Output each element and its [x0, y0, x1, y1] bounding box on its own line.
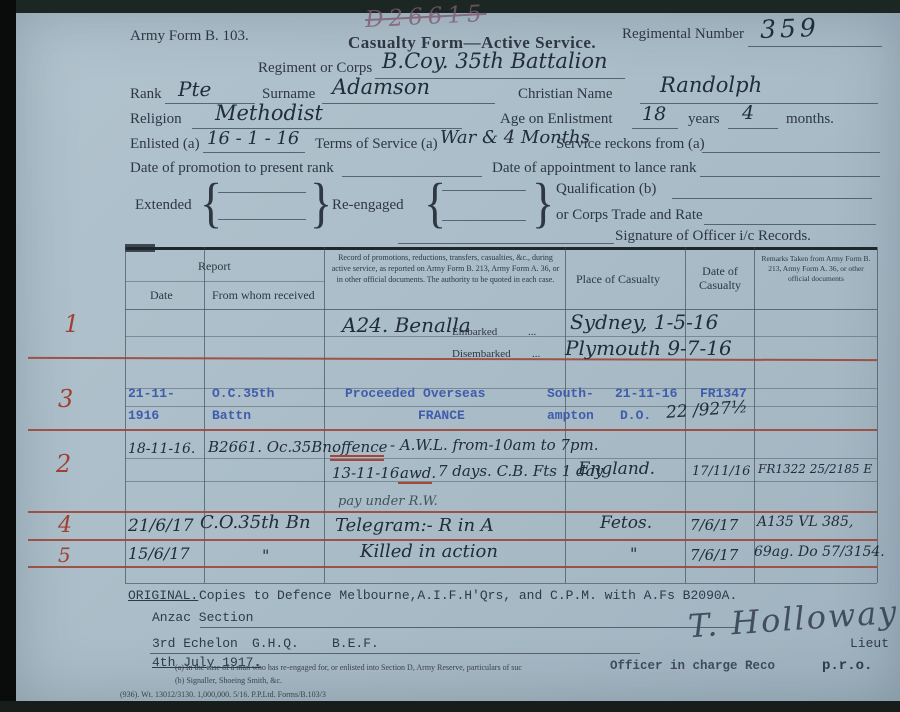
body-rule [125, 336, 877, 337]
print-code: (936). Wt. 13012/3130. 1,000,000. 5/16. … [120, 690, 326, 699]
lance-rank-label: Date of appointment to lance rank [492, 160, 697, 177]
table-vline [324, 247, 325, 583]
red-line [28, 566, 877, 568]
extended-line-top [218, 192, 306, 193]
row5-remarks: 69ag. Do 57/3154. [754, 544, 885, 560]
footnote-b: (b) Signaller, Shoeing Smith, &c. [175, 676, 282, 685]
reengaged-line-top [442, 190, 526, 191]
place-of-casualty-header: Place of Casualty [576, 272, 660, 287]
regimental-number-value: 359 [760, 13, 821, 44]
table-vline [125, 247, 126, 583]
row3-record-1a: offence [332, 438, 387, 456]
ghq-label: G.H.Q. [252, 636, 299, 651]
row4-from: C.O.35th Bn [200, 512, 311, 533]
echelon-line [150, 653, 640, 654]
christian-name-label: Christian Name [518, 86, 613, 103]
regiment-value: B.Coy. 35th Battalion [382, 49, 608, 73]
row1-disembarked-dots: ... [532, 348, 540, 360]
remarks-header: Remarks Taken from Army Form B. 213, Arm… [757, 254, 875, 284]
extended-brace-open: { [200, 171, 222, 235]
row3-record-1b: - A.W.L. from-10am to 7pm. [390, 436, 599, 454]
row2-casualty-date-1: 21-11-16 [615, 386, 677, 401]
row3-date-1: 18-11-16. [128, 441, 195, 457]
date-of-casualty-header: Date of Casualty [692, 264, 748, 293]
row5-place-ditto: " [630, 544, 637, 563]
echelon-label: 3rd Echelon [152, 636, 238, 651]
age-years-line [632, 128, 678, 129]
margin-number: 5 [58, 543, 71, 567]
regimental-number-label: Regimental Number [622, 26, 744, 43]
row1-embarked-dots: ... [528, 326, 536, 338]
table-vline [754, 247, 755, 583]
row3-casualty-date-2: 17/11/16 [692, 464, 750, 479]
row2-place-1: South- [547, 386, 594, 401]
row3-record-2b: awd. [400, 464, 436, 482]
qualification-label: Qualification (b) [556, 181, 656, 198]
table-vline [877, 247, 878, 583]
age-years-value: 18 [642, 103, 666, 125]
rank-value: Pte [178, 77, 211, 101]
row5-casualty-date: 7/6/17 [690, 546, 738, 564]
red-underline-offence [330, 459, 384, 461]
age-on-enlistment-label: Age on Enlistment [500, 111, 613, 128]
original-word: ORIGINAL. [128, 588, 198, 603]
body-rule [125, 481, 877, 482]
extended-line-bottom [218, 219, 306, 220]
regimental-number-line [748, 46, 882, 47]
enlisted-line [203, 152, 305, 153]
months-label: months. [786, 111, 834, 128]
corps-trade-label: or Corps Trade and Rate [556, 207, 703, 224]
years-label: years [688, 111, 720, 128]
row2-from-2: Battn [212, 408, 251, 423]
red-line [28, 429, 877, 431]
row4-record: Telegram:- R in A [335, 515, 494, 536]
row5-from-ditto: " [262, 546, 269, 565]
row4-date: 21/6/17 [128, 516, 194, 536]
rank-label: Rank [130, 86, 162, 103]
religion-value: Methodist [215, 101, 323, 125]
enlisted-label: Enlisted (a) [130, 136, 200, 153]
anzac-section: Anzac Section [152, 610, 253, 625]
surname-line [322, 103, 495, 104]
bef-label: B.E.F. [332, 636, 379, 651]
terms-of-service-label: Terms of Service (a) [315, 136, 438, 153]
row3-record-2a: 13-11-16. [332, 464, 404, 482]
margin-number: 4 [58, 513, 72, 538]
reengaged-brace-open: { [424, 171, 446, 235]
anzac-line [200, 627, 737, 628]
date-header: Date [150, 288, 173, 303]
header-bottom-rule [125, 309, 877, 310]
row2-record-2: FRANCE [418, 408, 465, 423]
red-underline-offence [330, 455, 384, 457]
margin-number: 2 [56, 450, 71, 478]
footnote-a: (a) In the case of a man who has re-enga… [175, 663, 522, 672]
row2-casualty-date-2: D.O. [620, 408, 651, 423]
extended-label: Extended [135, 197, 192, 214]
reengaged-brace-close: } [532, 171, 554, 235]
body-rule [125, 583, 877, 584]
service-reckons-label: Service reckons from (a) [556, 136, 705, 153]
report-sub-rule [125, 281, 324, 282]
age-months-line [728, 128, 778, 129]
surname-value: Adamson [332, 75, 430, 99]
row4-place: Fetos. [600, 513, 652, 533]
body-rule [125, 458, 877, 459]
promotion-label: Date of promotion to present rank [130, 160, 334, 177]
extended-brace-close: } [310, 171, 332, 235]
row5-date: 15/6/17 [128, 544, 190, 563]
qualification-line [672, 198, 872, 199]
officer-in-charge-label: Officer in charge Reco [610, 659, 775, 673]
corps-trade-line [704, 224, 876, 225]
age-months-value: 4 [742, 102, 754, 124]
christian-name-value: Randolph [660, 73, 762, 97]
table-top-border [125, 247, 877, 250]
row5-record: Killed in action [360, 541, 498, 562]
record-header: Record of promotions, reductions, transf… [329, 253, 562, 285]
margin-number: 1 [64, 310, 79, 338]
row2-date-1: 21-11- [128, 386, 175, 401]
scan-border-bottom [0, 701, 900, 712]
original-distribution-text: Copies to Defence Melbourne,A.I.F.H'Qrs,… [199, 588, 737, 603]
red-line [28, 511, 877, 513]
row1-embarked-value: Sydney, 1-5-16 [570, 310, 718, 334]
service-reckons-line [702, 152, 880, 153]
signature-line [398, 243, 614, 244]
row3-record-3: pay under R.W. [338, 494, 438, 509]
row3-place-2: England. [578, 459, 655, 479]
lance-rank-line [700, 176, 880, 177]
row1-disembarked-label: Disembarked [452, 348, 511, 360]
row2-record-1: Proceeded Overseas [345, 386, 485, 401]
christian-name-line [640, 103, 878, 104]
row2-date-2: 1916 [128, 408, 159, 423]
red-underline-awd [398, 482, 432, 484]
scan-border-left [0, 0, 16, 712]
signature-officer-label: Signature of Officer i/c Records. [615, 228, 811, 245]
pro-stamp: p.r.o. [822, 658, 872, 674]
lieut-label: Lieut [850, 636, 889, 651]
religion-label: Religion [130, 111, 182, 128]
margin-number: 3 [58, 385, 73, 413]
row1-embarked-label: Embarked [452, 326, 497, 338]
row4-casualty-date: 7/6/17 [690, 516, 738, 534]
row2-place-2: ampton [547, 408, 594, 423]
row1-disembarked-value: Plymouth 9-7-16 [565, 336, 732, 360]
reengaged-label: Re-engaged [332, 197, 404, 214]
report-header: Report [198, 259, 231, 274]
enlisted-value: 16 - 1 - 16 [207, 128, 299, 149]
form-number: Army Form B. 103. [130, 28, 249, 45]
row3-from-1: B2661. Oc.35Bn. [208, 438, 337, 456]
reengaged-line-bottom [442, 220, 526, 221]
row3-remarks-2: FR1322 25/2185 E [758, 462, 872, 476]
row2-from-1: O.C.35th [212, 386, 274, 401]
from-whom-received-header: From whom received [212, 288, 315, 303]
body-rule [125, 406, 877, 407]
promotion-line [342, 176, 482, 177]
row4-remarks: A135 VL 385, [757, 514, 853, 530]
table-top-smudge [125, 244, 155, 252]
